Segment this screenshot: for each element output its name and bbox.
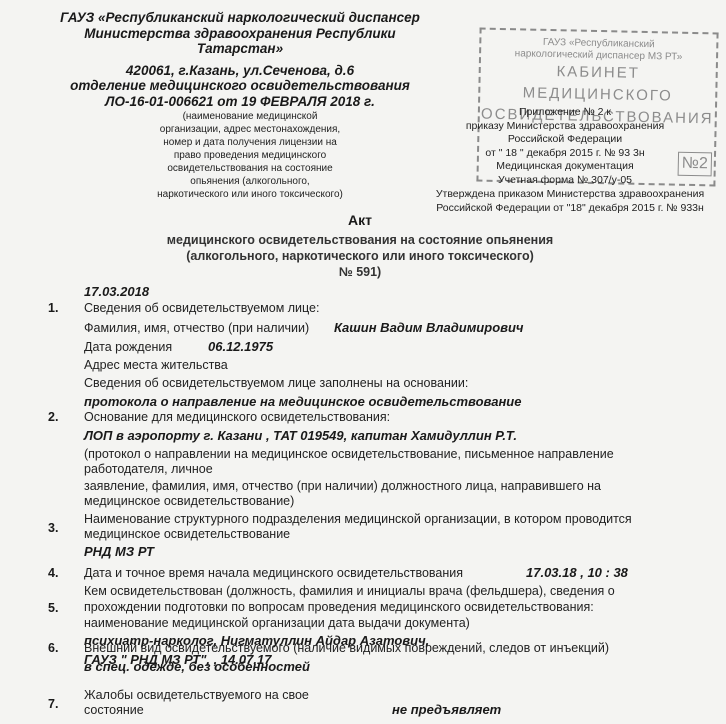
act-subtitle: медицинского освидетельствования на сост… xyxy=(130,232,590,280)
act-title: Акт xyxy=(130,212,590,228)
act-number: № 591) xyxy=(130,264,590,280)
org-name: ГАУЗ «Республиканский наркологический ди… xyxy=(60,10,420,109)
act-date: 17.03.2018 xyxy=(84,284,149,299)
birth-date: 06.12.1975 xyxy=(208,339,273,354)
org-department: отделение медицинского освидетельствован… xyxy=(60,78,420,94)
org-caption: (наименование медицинскойорганизации, ад… xyxy=(130,110,370,201)
approval-note: Утверждена приказом Министерства здравоо… xyxy=(414,188,726,215)
org-address: 420061, г.Казань, ул.Сеченова, д.6 xyxy=(60,63,420,79)
org-license: ЛО-16-01-006621 от 19 ФЕВРАЛЯ 2018 г. xyxy=(60,94,420,110)
patient-name: Кашин Вадим Владимирович xyxy=(334,320,524,335)
appendix-note: Приложение № 2 кприказу Министерства здр… xyxy=(440,106,690,187)
